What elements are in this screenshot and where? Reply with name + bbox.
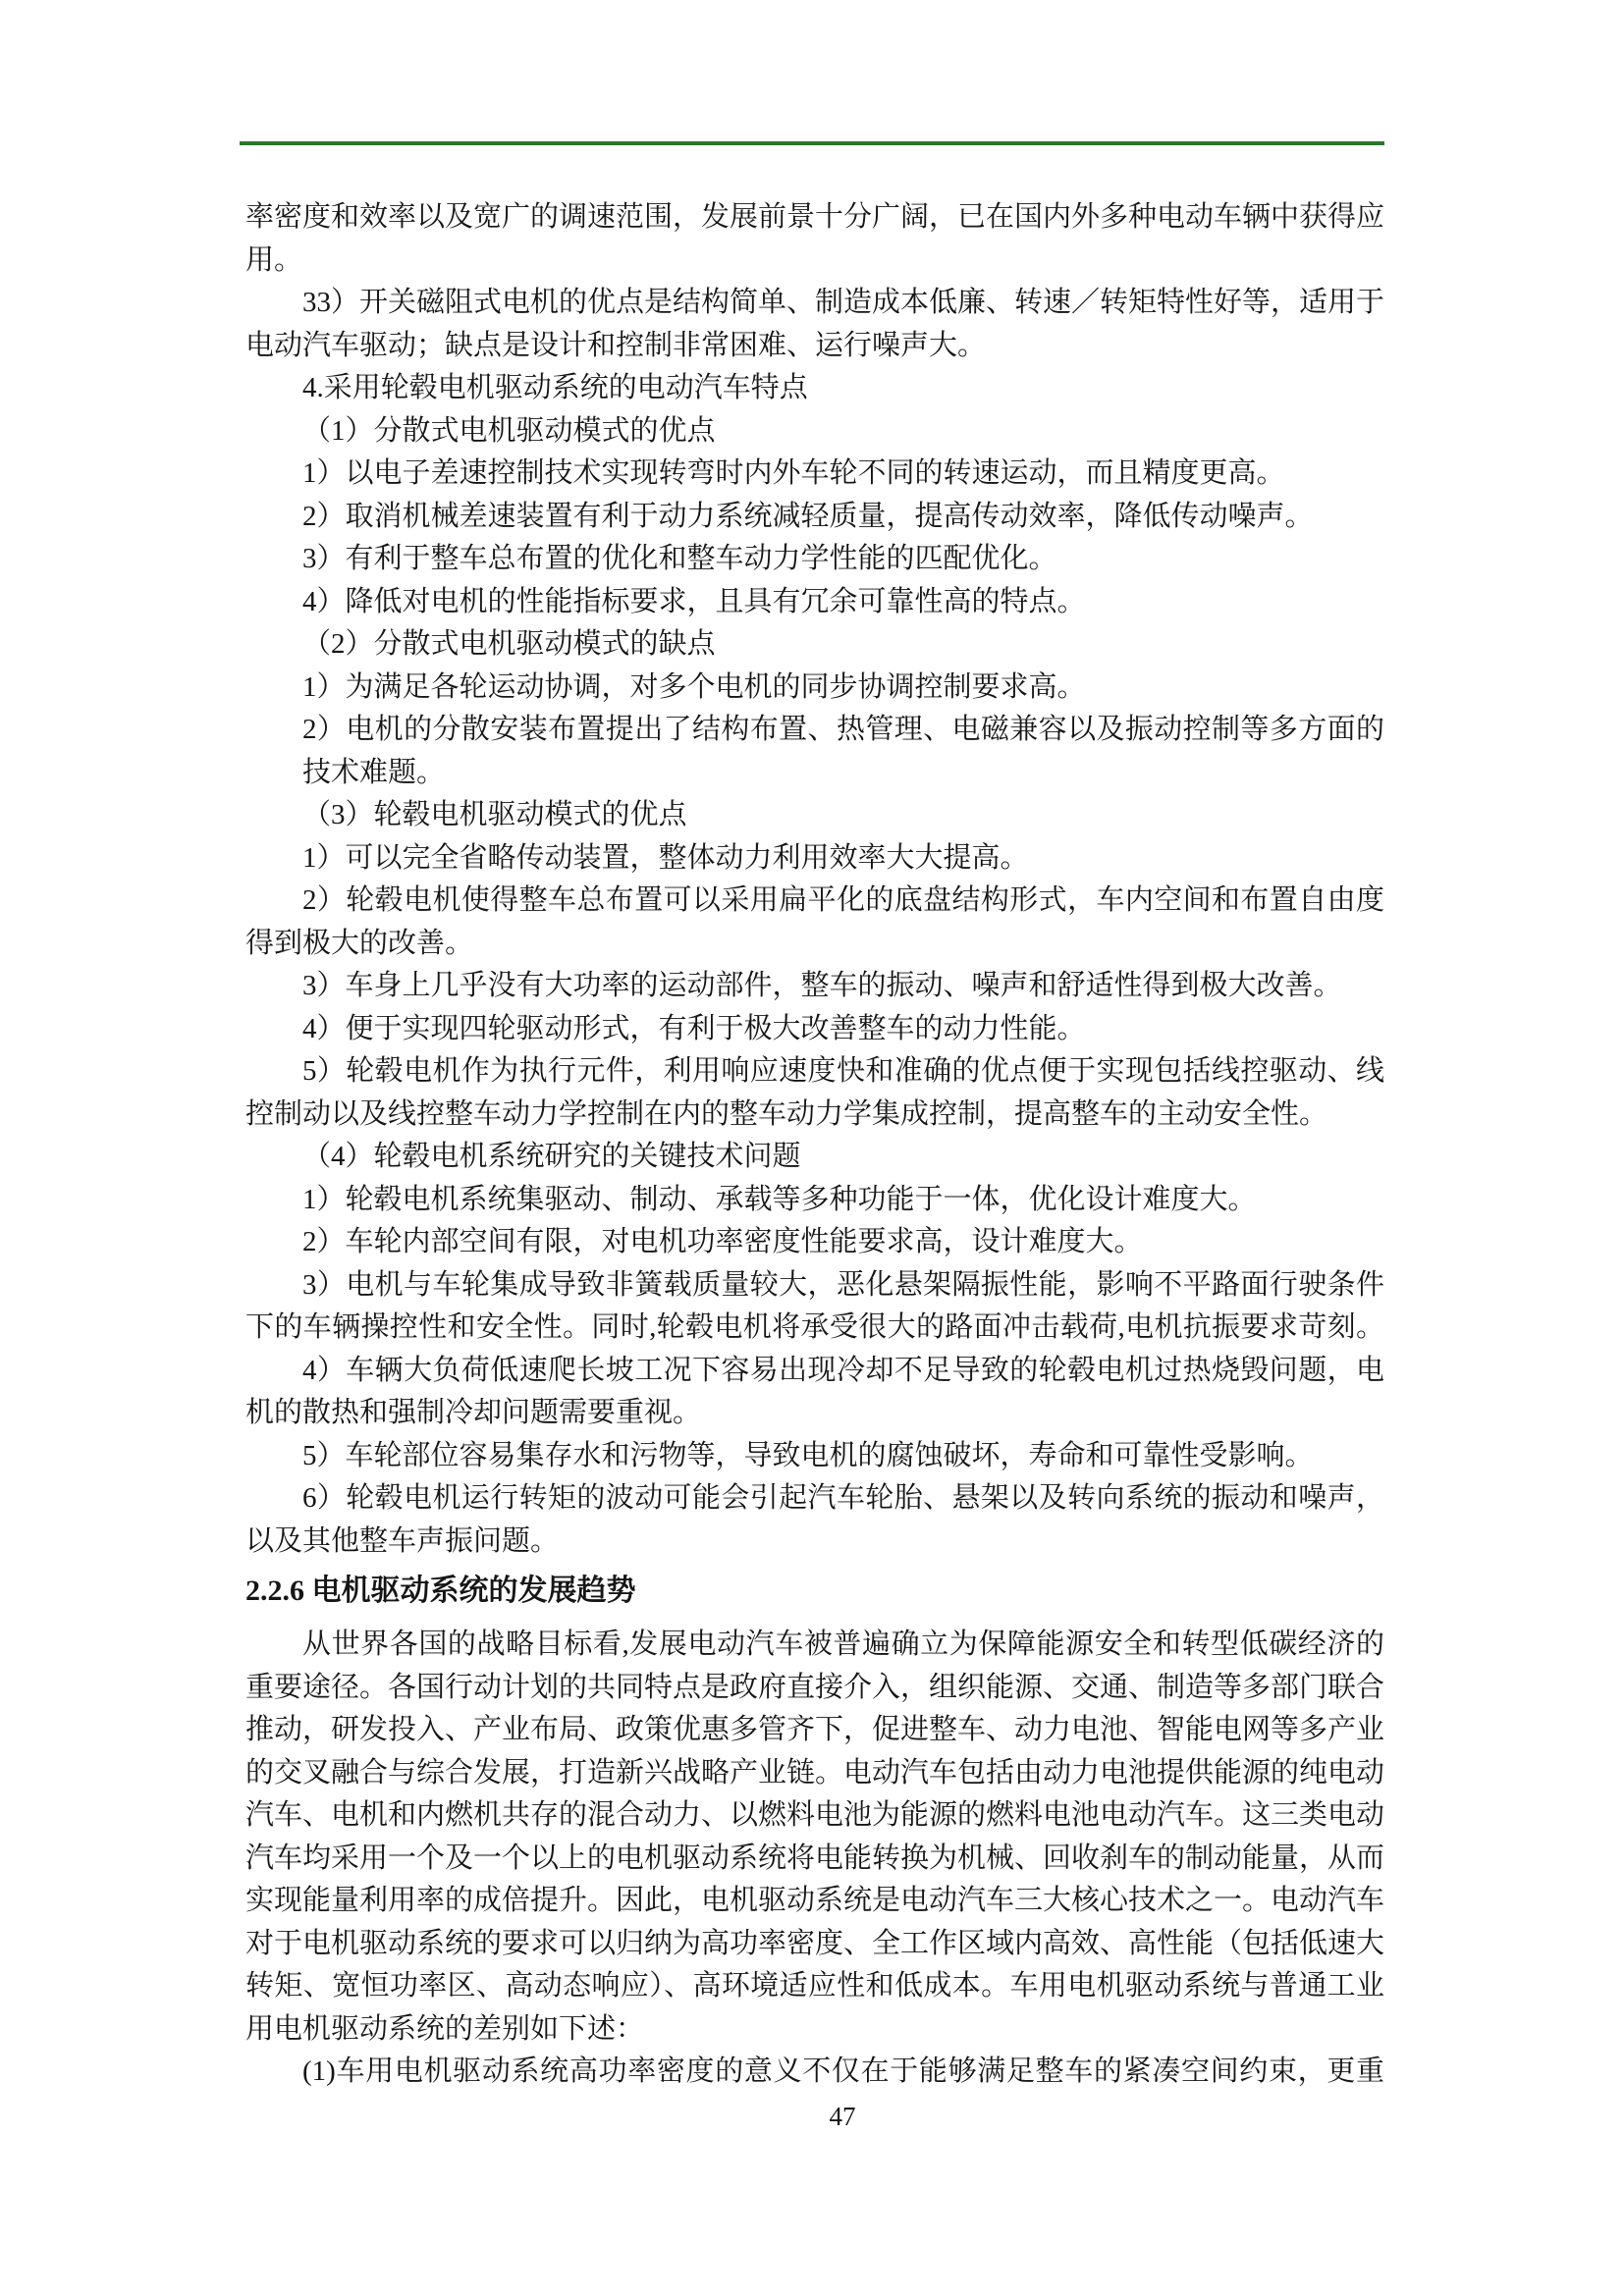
text-line: （1）分散式电机驱动模式的优点 (245, 410, 1384, 454)
text-line: 6）轮毂电机运行转矩的波动可能会引起汽车轮胎、悬架以及转向系统的振动和噪声， (245, 1477, 1384, 1521)
text-line: （3）轮毂电机驱动模式的优点 (245, 794, 1384, 837)
text-line: 转矩、宽恒功率区、高动态响应）、高环境适应性和低成本。车用电机驱动系统与普通工业 (245, 1965, 1384, 2008)
text-line: 1）可以完全省略传动装置，整体动力利用效率大大提高。 (245, 837, 1384, 881)
text-line: 对于电机驱动系统的要求可以归纳为高功率密度、全工作区域内高效、高性能（包括低速大 (245, 1923, 1384, 1966)
text-line: 33）开关磁阻式电机的优点是结构简单、制造成本低廉、转速／转矩特性好等，适用于 (245, 282, 1384, 325)
document-body: 率密度和效率以及宽广的调速范围，发展前景十分广阔，已在国内外多种电动车辆中获得应… (245, 196, 1384, 2094)
text-line: 电动汽车驱动；缺点是设计和控制非常困难、运行噪声大。 (245, 325, 1384, 368)
text-line: 实现能量利用率的成倍提升。因此，电机驱动系统是电动汽车三大核心技术之一。电动汽车 (245, 1880, 1384, 1923)
text-line: 机的散热和强制冷却问题需要重视。 (245, 1392, 1384, 1435)
text-line: 4）便于实现四轮驱动形式，有利于极大改善整车的动力性能。 (245, 1008, 1384, 1051)
text-line: （4）轮毂电机系统研究的关键技术问题 (245, 1136, 1384, 1179)
section-heading: 2.2.6 电机驱动系统的发展趋势 (245, 1570, 1384, 1613)
text-line: 1）为满足各轮运动协调，对多个电机的同步协调控制要求高。 (245, 667, 1384, 710)
text-line: 推动，研发投入、产业布局、政策优惠多管齐下，促进整车、动力电池、智能电网等多产业 (245, 1709, 1384, 1752)
text-line: 2）取消机械差速装置有利于动力系统减轻质量，提高传动效率，降低传动噪声。 (245, 496, 1384, 539)
text-line: 从世界各国的战略目标看,发展电动汽车被普遍确立为保障能源安全和转型低碳经济的 (245, 1624, 1384, 1667)
text-line: 率密度和效率以及宽广的调速范围，发展前景十分广阔，已在国内外多种电动车辆中获得应 (245, 196, 1384, 240)
text-line: 的交叉融合与综合发展，打造新兴战略产业链。电动汽车包括由动力电池提供能源的纯电动 (245, 1752, 1384, 1795)
text-line: 重要途径。各国行动计划的共同特点是政府直接介入，组织能源、交通、制造等多部门联合 (245, 1667, 1384, 1710)
text-line: 3）有利于整车总布置的优化和整车动力学性能的匹配优化。 (245, 538, 1384, 581)
text-line: 以及其他整车声振问题。 (245, 1521, 1384, 1564)
text-line: 3）车身上几乎没有大功率的运动部件，整车的振动、噪声和舒适性得到极大改善。 (245, 965, 1384, 1008)
page-number: 47 (245, 2095, 1384, 2138)
text-line: (1)车用电机驱动系统高功率密度的意义不仅在于能够满足整车的紧凑空间约束，更重 (245, 2051, 1384, 2094)
header-divider (240, 141, 1384, 145)
text-line: 5）轮毂电机作为执行元件，利用响应速度快和准确的优点便于实现包括线控驱动、线 (245, 1050, 1384, 1094)
text-line: 用。 (245, 240, 1384, 283)
text-line: 下的车辆操控性和安全性。同时,轮毂电机将承受很大的路面冲击载荷,电机抗振要求苛刻… (245, 1307, 1384, 1350)
text-line: 汽车均采用一个及一个以上的电机驱动系统将电能转换为机械、回收刹车的制动能量，从而 (245, 1838, 1384, 1881)
text-line: 4）车辆大负荷低速爬长坡工况下容易出现冷却不足导致的轮毂电机过热烧毁问题，电 (245, 1350, 1384, 1393)
text-line: 2）电机的分散安装布置提出了结构布置、热管理、电磁兼容以及振动控制等多方面的 (245, 709, 1384, 752)
text-line: 1）轮毂电机系统集驱动、制动、承载等多种功能于一体，优化设计难度大。 (245, 1179, 1384, 1222)
text-line: 3）电机与车轮集成导致非簧载质量较大，恶化悬架隔振性能，影响不平路面行驶条件 (245, 1264, 1384, 1308)
page: 率密度和效率以及宽广的调速范围，发展前景十分广阔，已在国内外多种电动车辆中获得应… (0, 0, 1624, 2296)
text-line: 4.采用轮毂电机驱动系统的电动汽车特点 (245, 367, 1384, 410)
text-line: 2）轮毂电机使得整车总布置可以采用扁平化的底盘结构形式，车内空间和布置自由度 (245, 880, 1384, 923)
text-line: 2）车轮内部空间有限，对电机功率密度性能要求高，设计难度大。 (245, 1221, 1384, 1264)
text-line: 控制动以及线控整车动力学控制在内的整车动力学集成控制，提高整车的主动安全性。 (245, 1094, 1384, 1137)
text-line: 汽车、电机和内燃机共存的混合动力、以燃料电池为能源的燃料电池电动汽车。这三类电动 (245, 1794, 1384, 1838)
text-line: 技术难题。 (245, 752, 1384, 795)
text-line: 用电机驱动系统的差别如下述： (245, 2008, 1384, 2052)
text-line: 得到极大的改善。 (245, 923, 1384, 966)
text-line: 1）以电子差速控制技术实现转弯时内外车轮不同的转速运动，而且精度更高。 (245, 453, 1384, 496)
text-line: 5）车轮部位容易集存水和污物等，导致电机的腐蚀破坏，寿命和可靠性受影响。 (245, 1435, 1384, 1478)
text-line: 4）降低对电机的性能指标要求，且具有冗余可靠性高的特点。 (245, 581, 1384, 624)
text-line: （2）分散式电机驱动模式的缺点 (245, 623, 1384, 667)
